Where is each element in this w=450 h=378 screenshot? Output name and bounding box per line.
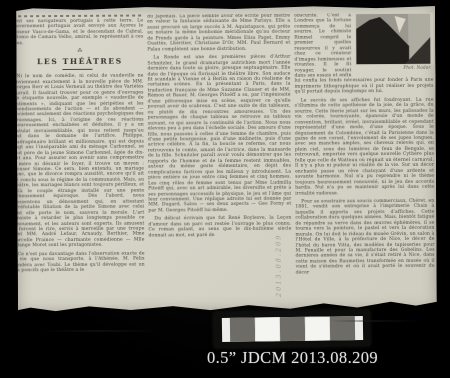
- archive-photo-stage: ment ses navigateurs portugais à cette t…: [0, 0, 450, 378]
- section-divider-ornament: ⁂: [16, 49, 143, 55]
- white-collar-shape: [395, 16, 406, 33]
- clipping-column-right: Phot. Nadar. obscurité. C'est à Londres …: [294, 13, 435, 308]
- article-paragraph: Du délicat écrivain que fut René Boylesv…: [148, 216, 291, 239]
- portrait-photo-block: Phot. Nadar.: [355, 13, 433, 71]
- clipping-column-left: ment ses navigateurs portugais à cette t…: [16, 15, 145, 310]
- article-paragraph: du Japonais. La pièce semble avoir été é…: [147, 14, 290, 53]
- scale-square-dark: [279, 317, 304, 341]
- article-paragraph: Pour se soustraire aux soucis commerciau…: [295, 199, 434, 276]
- handwritten-accession-inscription: 2013.08.209: [274, 234, 282, 297]
- accession-label: 0.5” JDCM 2013.08.209: [200, 348, 385, 368]
- article-paragraph: Ni le nom de comédie, ni celui de vaudev…: [16, 74, 144, 249]
- article-paragraph: Ce n'est pas davantage dans l'observatio…: [16, 251, 145, 274]
- newspaper-clipping: ment ses navigateurs portugais à cette t…: [16, 5, 437, 313]
- background-streak: [40, 330, 160, 332]
- photographic-scale-bar: [214, 310, 370, 348]
- photo-frame: [355, 13, 433, 65]
- article-paragraph: Le succès de ses affiches fut foudroyant…: [295, 98, 435, 197]
- portrait-photo: [356, 14, 430, 64]
- scale-square-light: [254, 317, 279, 341]
- cut-off-line-remnant: [18, 15, 141, 18]
- heading-rule: [62, 69, 92, 70]
- scale-square-light: [304, 316, 329, 340]
- background-streak: [330, 320, 420, 322]
- column-left-fragment: ment ses navigateurs portugais à cette t…: [16, 19, 143, 47]
- article-paragraph: La Ronde est une des premières pièces d'…: [147, 55, 291, 214]
- photo-credit-caption: Phot. Nadar.: [355, 65, 433, 71]
- scale-square-dark: [229, 318, 254, 342]
- clipping-column-middle: du Japonais. La pièce semble avoir été é…: [147, 14, 292, 309]
- section-heading-les-theatres: LES THÉÂTRES: [16, 57, 143, 67]
